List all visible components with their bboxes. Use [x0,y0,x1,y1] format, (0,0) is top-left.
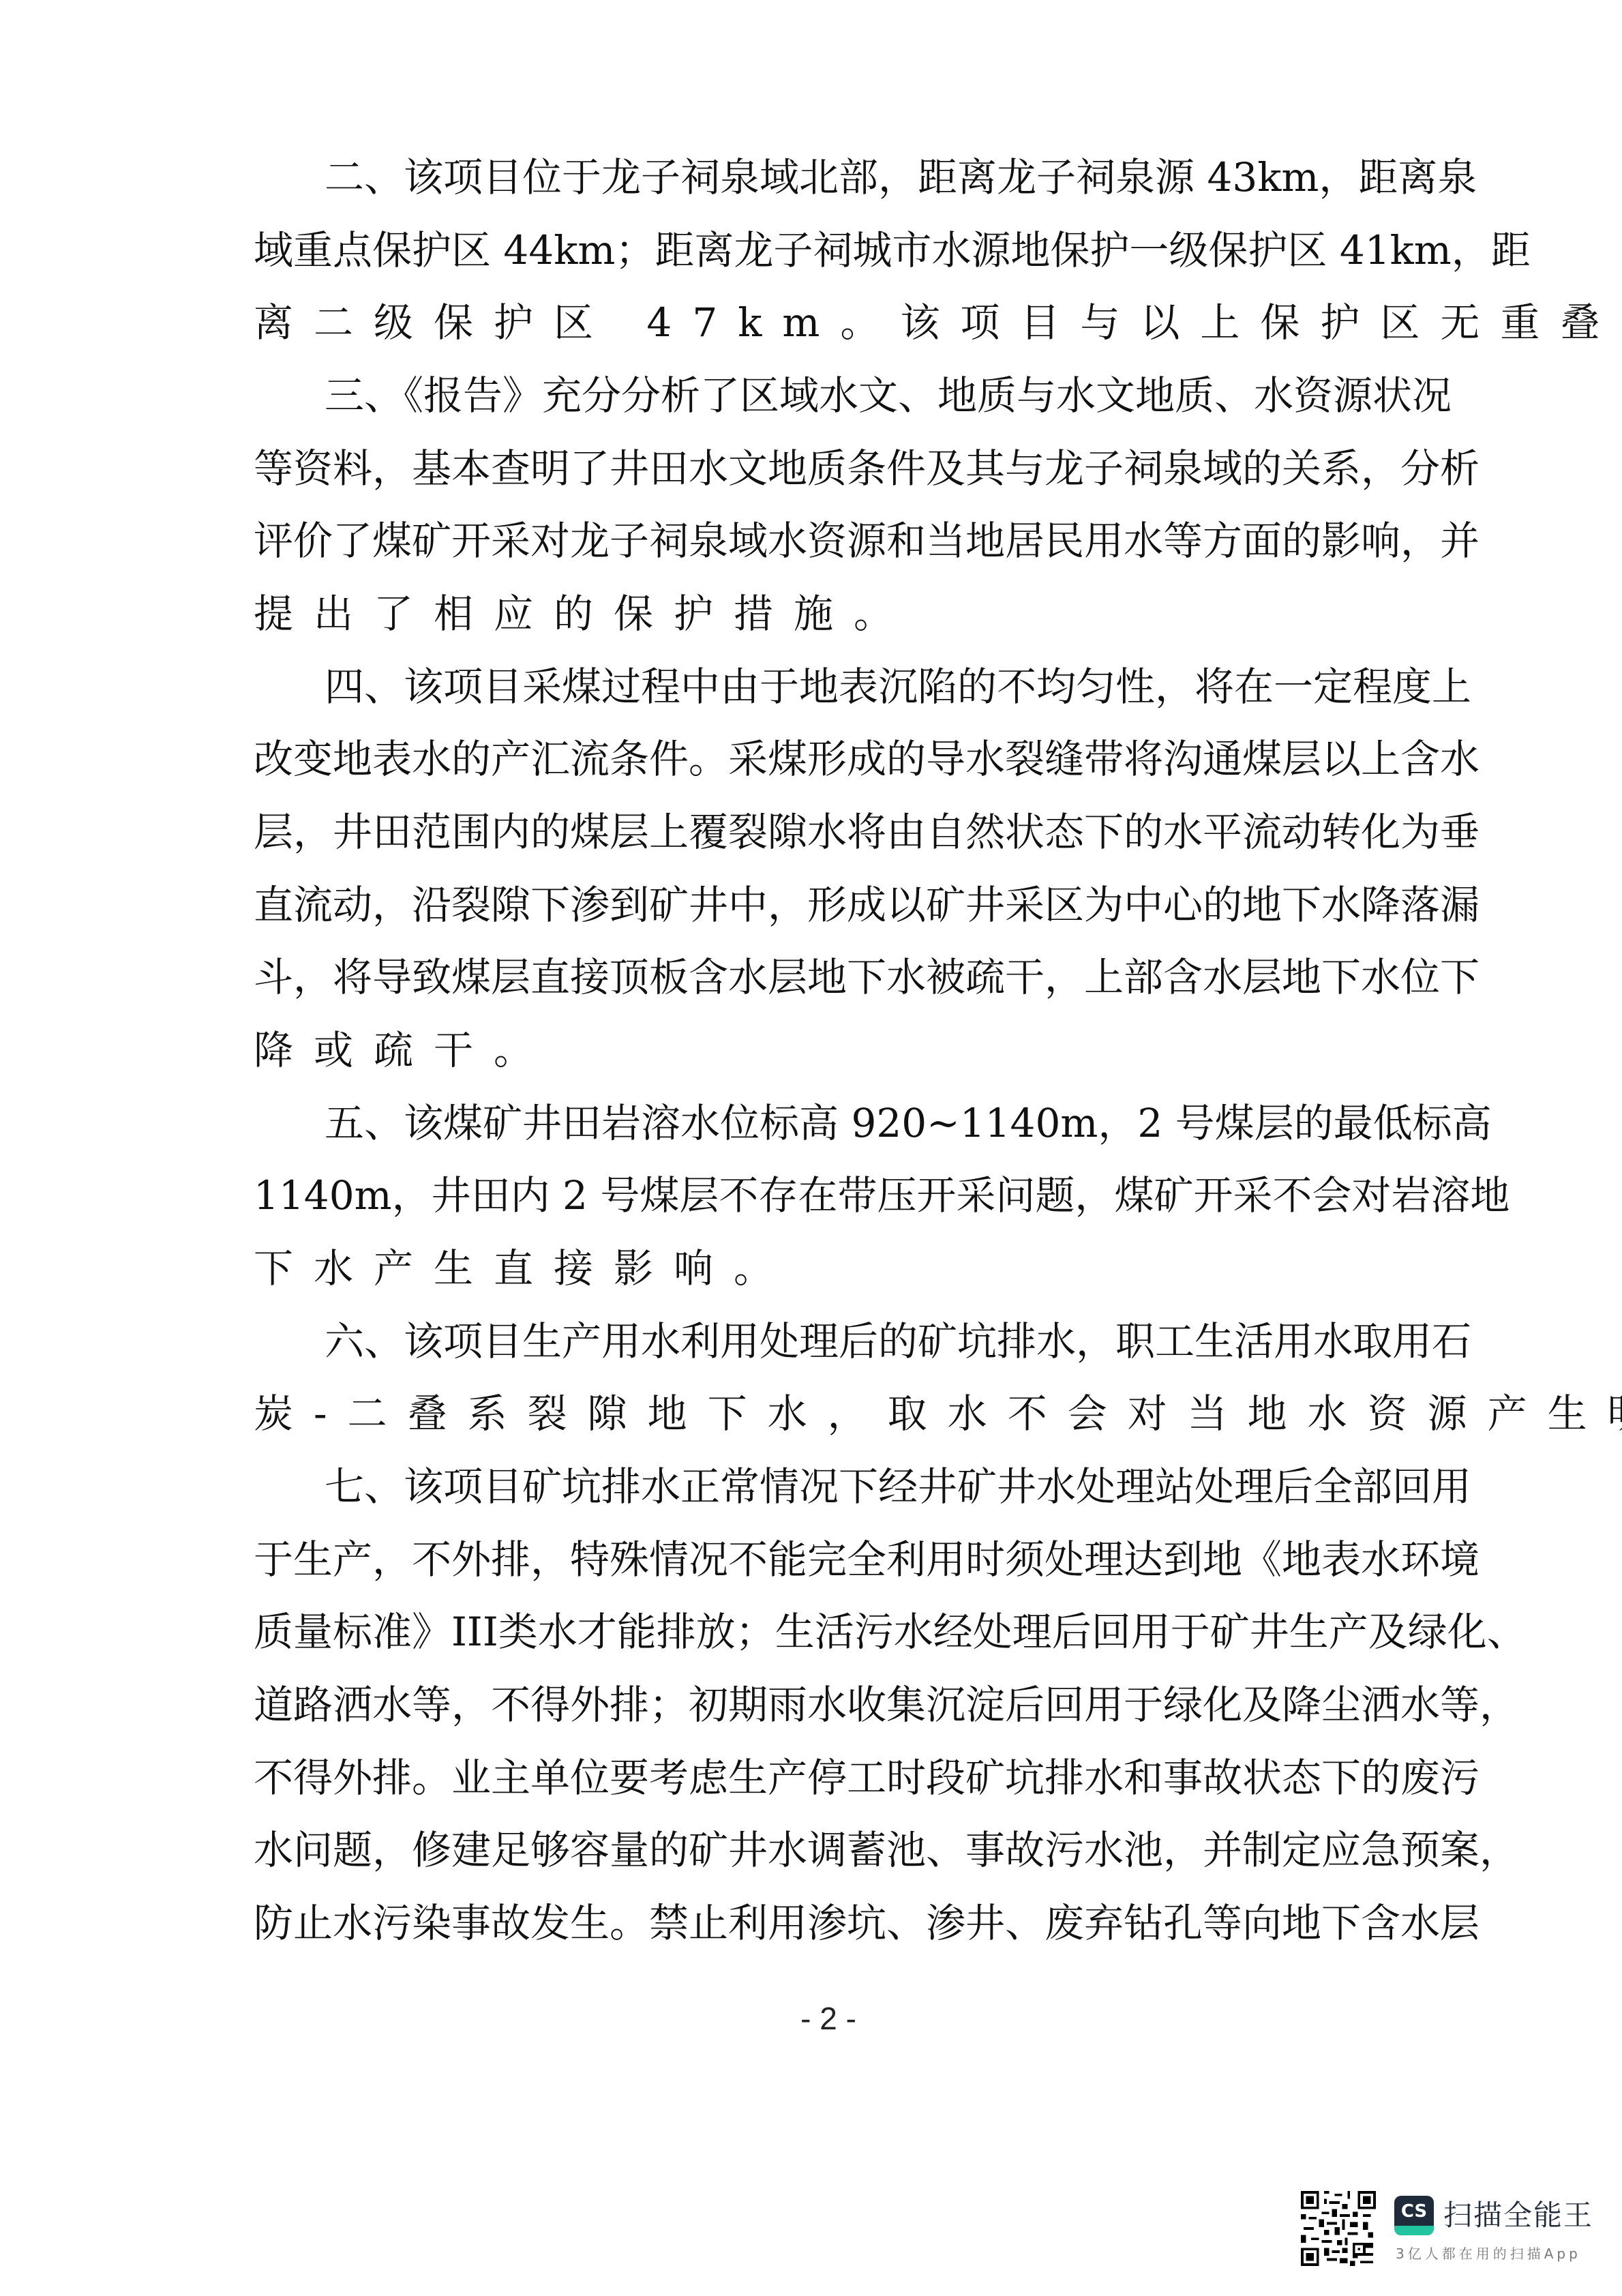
text-line: 层，井田范围内的煤层上覆裂隙水将由自然状态下的水平流动转化为垂 [254,805,1385,859]
paragraph-first-line: 七、该项目矿坑排水正常情况下经井矿井水处理站处理后全部回用 [325,1459,1385,1514]
text-line: 评价了煤矿开采对龙子祠泉域水资源和当地居民用水等方面的影响，并 [254,513,1385,568]
qr-code-icon [1301,2191,1376,2266]
text-line: 防止水污染事故发生。禁止利用渗坑、渗井、废弃钻孔等向地下含水层 [254,1896,1385,1950]
text-line: 质量标准》III类水才能排放；生活污水经处理后回用于矿井生产及绿化、 [254,1605,1385,1659]
text-line: 道路洒水等，不得外排；初期雨水收集沉淀后回用于绿化及降尘洒水等， [254,1678,1385,1732]
text-line: 等资料，基本查明了井田水文地质条件及其与龙子祠泉域的关系，分析 [254,441,1385,496]
text-line: 斗，将导致煤层直接顶板含水层地下水被疏干，上部含水层地下水位下 [254,950,1385,1004]
text-line: 提出了相应的保护措施。 [254,586,1385,641]
text-line: 离二级保护区 47km。该项目与以上保护区无重叠面积。 [254,295,1385,350]
paragraph-first-line: 六、该项目生产用水利用处理后的矿坑排水，职工生活用水取用石 [325,1314,1385,1369]
text-line: 改变地表水的产汇流条件。采煤形成的导水裂缝带将沟通煤层以上含水 [254,732,1385,786]
camscanner-watermark: CS 扫描全能王 3亿人都在用的扫描App [1299,2188,1599,2276]
text-line: 直流动，沿裂隙下渗到矿井中，形成以矿井采区为中心的地下水降落漏 [254,878,1385,932]
paragraph-first-line: 四、该项目采煤过程中由于地表沉陷的不均匀性，将在一定程度上 [325,659,1385,714]
page-number: - 2 - [760,1998,897,2039]
text-line: 1140m，井田内 2 号煤层不存在带压开采问题，煤矿开采不会对岩溶地 [254,1168,1385,1223]
paragraph-first-line: 二、该项目位于龙子祠泉域北部，距离龙子祠泉源 43km，距离泉 [325,150,1385,205]
text-line: 于生产，不外排，特殊情况不能完全利用时须处理达到地《地表水环境 [254,1532,1385,1587]
text-line: 降或疏干。 [254,1023,1385,1077]
watermark-tagline: 3亿人都在用的扫描App [1396,2245,1581,2263]
text-line: 下水产生直接影响。 [254,1241,1385,1296]
text-line: 不得外排。业主单位要考虑生产停工时段矿坑排水和事故状态下的废污 [254,1750,1385,1805]
paragraph-first-line: 三、《报告》充分分析了区域水文、地质与水文地质、水资源状况 [325,368,1385,423]
paragraph-first-line: 五、该煤矿井田岩溶水位标高 920~1140m，2 号煤层的最低标高 [325,1096,1385,1150]
text-line: 水问题，修建足够容量的矿井水调蓄池、事故污水池，并制定应急预案， [254,1823,1385,1877]
camscanner-logo-icon: CS [1394,2196,1434,2235]
text-line: 域重点保护区 44km；距离龙子祠城市水源地保护一级保护区 41km，距 [254,223,1385,278]
watermark-app-name: 扫描全能王 [1443,2197,1593,2234]
text-line: 炭-二叠系裂隙地下水，取水不会对当地水资源产生明显影响。 [254,1386,1385,1441]
